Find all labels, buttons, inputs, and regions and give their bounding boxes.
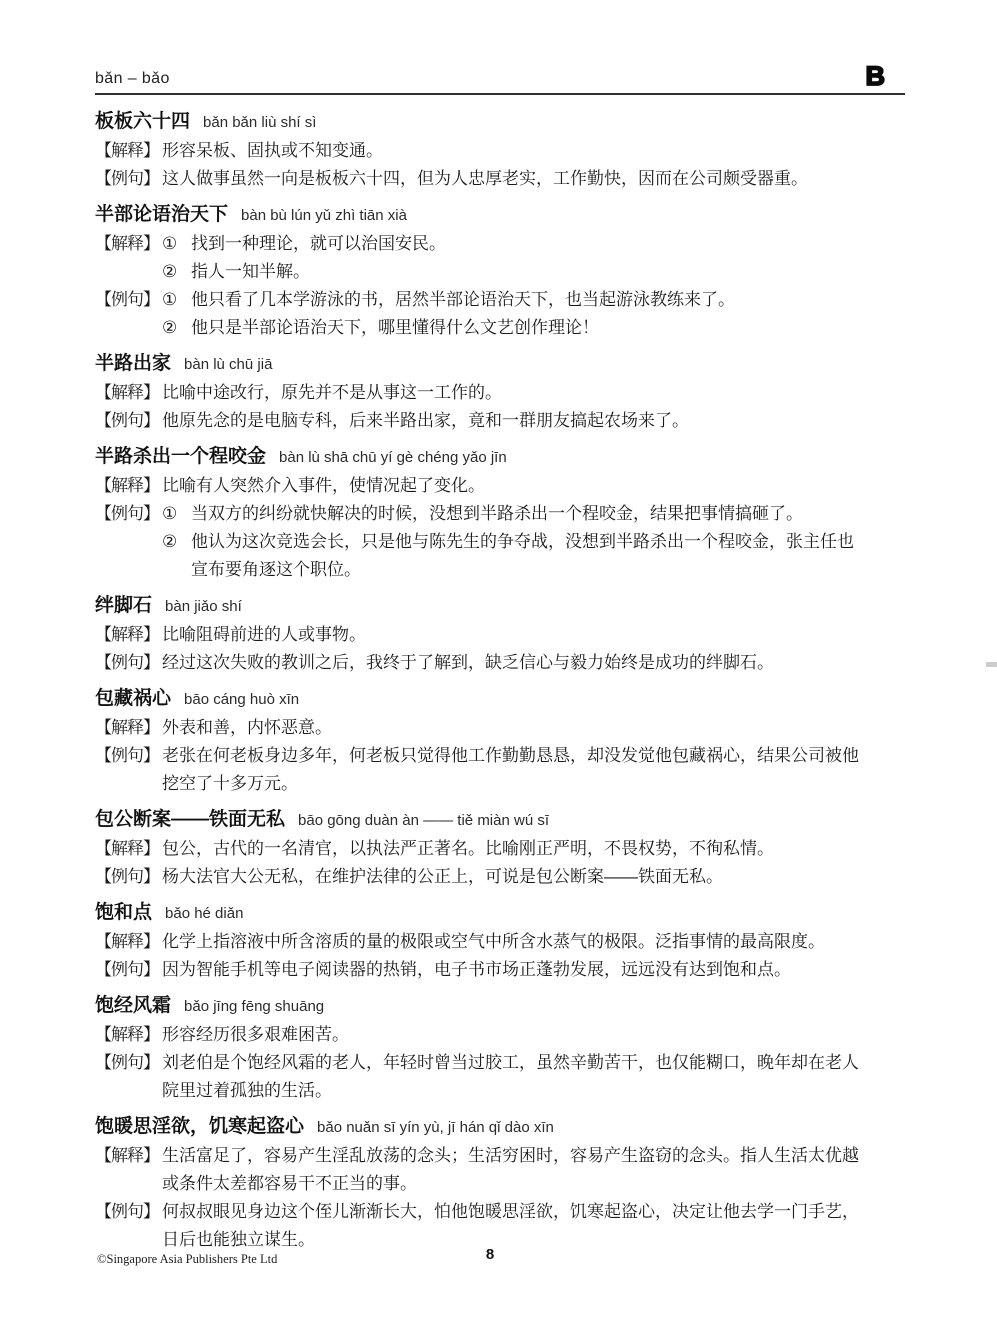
section-items: 老张在何老板身边多年，何老板只觉得他工作勤勤恳恳，却没发觉他包藏祸心，结果公司被… xyxy=(162,742,870,798)
section-label: 【解释】 xyxy=(95,230,159,258)
section-items: 杨大法官大公无私，在维护法律的公正上，可说是包公断案——铁面无私。 xyxy=(162,863,870,891)
item-text: 化学上指溶液中所含溶质的量的极限或空气中所含水蒸气的极限。泛指事情的最高限度。 xyxy=(162,928,870,956)
item-text: 老张在何老板身边多年，何老板只觉得他工作勤勤恳恳，却没发觉他包藏祸心，结果公司被… xyxy=(162,742,870,798)
section-items: 外表和善，内怀恶意。 xyxy=(162,714,870,742)
section-item: 形容经历很多艰难困苦。 xyxy=(162,1021,870,1049)
entry-head: 半路出家bàn lù chū jiā xyxy=(95,350,905,379)
section-item: 经过这次失败的教训之后，我终于了解到，缺乏信心与毅力始终是成功的绊脚石。 xyxy=(162,649,870,677)
item-text: 当双方的纠纷就快解决的时候，没想到半路杀出一个程咬金，结果把事情搞砸了。 xyxy=(191,500,870,528)
section-item: 包公，古代的一名清官，以执法严正著名。比喻刚正严明，不畏权势，不徇私情。 xyxy=(162,835,870,863)
item-number: ① xyxy=(162,286,191,314)
entry-section-row: 【例句】 杨大法官大公无私，在维护法律的公正上，可说是包公断案——铁面无私。 xyxy=(95,863,905,891)
entry-section-row: 【例句】 这人做事虽然一向是板板六十四，但为人忠厚老实，工作勤快，因而在公司颇受… xyxy=(95,165,905,193)
entry-section-row: 【解释】 包公，古代的一名清官，以执法严正著名。比喻刚正严明，不畏权势，不徇私情… xyxy=(95,835,905,863)
section-item: ① 找到一种理论，就可以治国安民。 xyxy=(162,230,870,258)
item-text: 杨大法官大公无私，在维护法律的公正上，可说是包公断案——铁面无私。 xyxy=(162,863,870,891)
section-item: ② 他只是半部论语治天下，哪里懂得什么文艺创作理论！ xyxy=(162,314,870,342)
page-edge-mark xyxy=(986,662,997,667)
item-number: ② xyxy=(162,258,191,286)
entry-head: 饱暖思淫欲，饥寒起盗心bǎo nuǎn sī yín yù, jī hán qǐ… xyxy=(95,1113,905,1142)
entry-headword: 半路杀出一个程咬金 xyxy=(95,446,266,467)
entry-headword: 半路出家 xyxy=(95,353,171,374)
item-text: 指人一知半解。 xyxy=(191,258,870,286)
section-item: 形容呆板、固执或不知变通。 xyxy=(162,137,870,165)
item-text: 经过这次失败的教训之后，我终于了解到，缺乏信心与毅力始终是成功的绊脚石。 xyxy=(162,649,870,677)
section-items: 因为智能手机等电子阅读器的热销，电子书市场正蓬勃发展，远远没有达到饱和点。 xyxy=(162,956,870,984)
item-text: 比喻阻碍前进的人或事物。 xyxy=(162,621,870,649)
entry: 半路出家bàn lù chū jiā 【解释】 比喻中途改行，原先并不是从事这一… xyxy=(95,350,905,435)
item-text: 比喻中途改行，原先并不是从事这一工作的。 xyxy=(162,379,870,407)
item-text: 他只看了几本学游泳的书，居然半部论语治天下，也当起游泳教练来了。 xyxy=(191,286,870,314)
entry: 半部论语治天下bàn bù lún yǔ zhì tiān xià 【解释】 ①… xyxy=(95,201,905,342)
entry-pinyin: bàn jiǎo shí xyxy=(165,598,242,615)
section-label: 【例句】 xyxy=(95,500,159,528)
section-label: 【例句】 xyxy=(95,742,159,770)
entry-headword: 包公断案——铁面无私 xyxy=(95,809,285,830)
section-label: 【解释】 xyxy=(95,835,159,863)
section-item: 生活富足了，容易产生淫乱放荡的念头；生活穷困时，容易产生盗窃的念头。指人生活太优… xyxy=(162,1142,870,1198)
entry-pinyin: bǎo hé diǎn xyxy=(165,905,243,922)
item-text: 找到一种理论，就可以治国安民。 xyxy=(191,230,870,258)
entry: 包藏祸心bāo cáng huò xīn 【解释】 外表和善，内怀恶意。 【例句… xyxy=(95,685,905,798)
section-item: 老张在何老板身边多年，何老板只觉得他工作勤勤恳恳，却没发觉他包藏祸心，结果公司被… xyxy=(162,742,870,798)
entry-head: 饱和点bǎo hé diǎn xyxy=(95,899,905,928)
entry-section-row: 【解释】 ① 找到一种理论，就可以治国安民。 ② 指人一知半解。 xyxy=(95,230,905,286)
section-item: 比喻阻碍前进的人或事物。 xyxy=(162,621,870,649)
entry-pinyin: bǎo nuǎn sī yín yù, jī hán qǐ dào xīn xyxy=(317,1119,554,1136)
entry-pinyin: bàn bù lún yǔ zhì tiān xià xyxy=(241,207,407,224)
entry: 包公断案——铁面无私bāo gōng duàn àn —— tiě miàn w… xyxy=(95,806,905,891)
section-label: 【解释】 xyxy=(95,928,159,956)
guide-words: bǎn – bǎo xyxy=(95,70,170,90)
section-label: 【例句】 xyxy=(95,863,159,891)
section-items: 刘老伯是个饱经风霜的老人，年轻时曾当过胶工，虽然辛勤苦干，也仅能糊口，晚年却在老… xyxy=(162,1049,870,1105)
section-items: 这人做事虽然一向是板板六十四，但为人忠厚老实，工作勤快，因而在公司颇受器重。 xyxy=(162,165,870,193)
section-label: 【解释】 xyxy=(95,714,159,742)
section-item: 化学上指溶液中所含溶质的量的极限或空气中所含水蒸气的极限。泛指事情的最高限度。 xyxy=(162,928,870,956)
entry-pinyin: bǎn bǎn liù shí sì xyxy=(203,114,316,131)
entry-section-row: 【解释】 化学上指溶液中所含溶质的量的极限或空气中所含水蒸气的极限。泛指事情的最… xyxy=(95,928,905,956)
section-items: ① 找到一种理论，就可以治国安民。 ② 指人一知半解。 xyxy=(162,230,870,286)
section-items: ① 当双方的纠纷就快解决的时候，没想到半路杀出一个程咬金，结果把事情搞砸了。 ②… xyxy=(162,500,870,584)
item-text: 形容经历很多艰难困苦。 xyxy=(162,1021,870,1049)
section-label: 【解释】 xyxy=(95,472,159,500)
item-text: 他只是半部论语治天下，哪里懂得什么文艺创作理论！ xyxy=(191,314,870,342)
section-item: 这人做事虽然一向是板板六十四，但为人忠厚老实，工作勤快，因而在公司颇受器重。 xyxy=(162,165,870,193)
page-header: bǎn – bǎo B xyxy=(95,64,905,95)
item-number: ① xyxy=(162,500,191,528)
item-number: ② xyxy=(162,314,191,342)
entry-head: 绊脚石bàn jiǎo shí xyxy=(95,592,905,621)
item-text: 形容呆板、固执或不知变通。 xyxy=(162,137,870,165)
entry-section-row: 【解释】 比喻中途改行，原先并不是从事这一工作的。 xyxy=(95,379,905,407)
page-footer: ©Singapore Asia Publishers Pte Ltd 8 xyxy=(0,1246,997,1276)
entry-pinyin: bàn lù shā chū yí gè chéng yǎo jīn xyxy=(279,449,507,466)
section-item: ② 指人一知半解。 xyxy=(162,258,870,286)
section-items: 包公，古代的一名清官，以执法严正著名。比喻刚正严明，不畏权势，不徇私情。 xyxy=(162,835,870,863)
entry-head: 包公断案——铁面无私bāo gōng duàn àn —— tiě miàn w… xyxy=(95,806,905,835)
section-item: 外表和善，内怀恶意。 xyxy=(162,714,870,742)
section-item: ① 他只看了几本学游泳的书，居然半部论语治天下，也当起游泳教练来了。 xyxy=(162,286,870,314)
entry-head: 半部论语治天下bàn bù lún yǔ zhì tiān xià xyxy=(95,201,905,230)
section-letter-badge: B xyxy=(866,64,886,90)
section-item: 他原先念的是电脑专科，后来半路出家，竟和一群朋友搞起农场来了。 xyxy=(162,407,870,435)
section-items: 生活富足了，容易产生淫乱放荡的念头；生活穷困时，容易产生盗窃的念头。指人生活太优… xyxy=(162,1142,870,1198)
section-item: ① 当双方的纠纷就快解决的时候，没想到半路杀出一个程咬金，结果把事情搞砸了。 xyxy=(162,500,870,528)
item-text: 这人做事虽然一向是板板六十四，但为人忠厚老实，工作勤快，因而在公司颇受器重。 xyxy=(162,165,870,193)
section-label: 【例句】 xyxy=(95,1198,159,1226)
entry-headword: 饱暖思淫欲，饥寒起盗心 xyxy=(95,1116,304,1137)
entries-list: 板板六十四bǎn bǎn liù shí sì 【解释】 形容呆板、固执或不知变… xyxy=(95,108,905,1254)
item-text: 生活富足了，容易产生淫乱放荡的念头；生活穷困时，容易产生盗窃的念头。指人生活太优… xyxy=(162,1142,870,1198)
entry-section-row: 【例句】 经过这次失败的教训之后，我终于了解到，缺乏信心与毅力始终是成功的绊脚石… xyxy=(95,649,905,677)
entry-headword: 半部论语治天下 xyxy=(95,204,228,225)
section-label: 【解释】 xyxy=(95,621,159,649)
section-label: 【例句】 xyxy=(95,1049,159,1077)
entry-section-row: 【解释】 生活富足了，容易产生淫乱放荡的念头；生活穷困时，容易产生盗窃的念头。指… xyxy=(95,1142,905,1198)
entry-section-row: 【解释】 比喻阻碍前进的人或事物。 xyxy=(95,621,905,649)
section-items: 他原先念的是电脑专科，后来半路出家，竟和一群朋友搞起农场来了。 xyxy=(162,407,870,435)
item-text: 外表和善，内怀恶意。 xyxy=(162,714,870,742)
section-label: 【解释】 xyxy=(95,1142,159,1170)
item-number: ② xyxy=(162,528,191,556)
entry: 绊脚石bàn jiǎo shí 【解释】 比喻阻碍前进的人或事物。 【例句】 经… xyxy=(95,592,905,677)
section-items: 比喻阻碍前进的人或事物。 xyxy=(162,621,870,649)
item-text: 他认为这次竞选会长，只是他与陈先生的争夺战，没想到半路杀出一个程咬金，张主任也宣… xyxy=(191,528,870,584)
entry-section-row: 【例句】 ① 当双方的纠纷就快解决的时候，没想到半路杀出一个程咬金，结果把事情搞… xyxy=(95,500,905,584)
section-item: 比喻中途改行，原先并不是从事这一工作的。 xyxy=(162,379,870,407)
entry-headword: 饱经风霜 xyxy=(95,995,171,1016)
entry-headword: 饱和点 xyxy=(95,902,152,923)
section-items: 比喻中途改行，原先并不是从事这一工作的。 xyxy=(162,379,870,407)
section-items: 形容呆板、固执或不知变通。 xyxy=(162,137,870,165)
entry-pinyin: bāo gōng duàn àn —— tiě miàn wú sī xyxy=(298,812,549,829)
item-text: 刘老伯是个饱经风霜的老人，年轻时曾当过胶工，虽然辛勤苦干，也仅能糊口，晚年却在老… xyxy=(162,1049,870,1105)
item-text: 他原先念的是电脑专科，后来半路出家，竟和一群朋友搞起农场来了。 xyxy=(162,407,870,435)
section-items: 比喻有人突然介入事件，使情况起了变化。 xyxy=(162,472,870,500)
entry: 饱经风霜bǎo jīng fēng shuāng 【解释】 形容经历很多艰难困苦… xyxy=(95,992,905,1105)
section-label: 【例句】 xyxy=(95,407,159,435)
section-label: 【例句】 xyxy=(95,956,159,984)
section-label: 【解释】 xyxy=(95,137,159,165)
section-item: 因为智能手机等电子阅读器的热销，电子书市场正蓬勃发展，远远没有达到饱和点。 xyxy=(162,956,870,984)
section-items: 经过这次失败的教训之后，我终于了解到，缺乏信心与毅力始终是成功的绊脚石。 xyxy=(162,649,870,677)
entry-section-row: 【解释】 形容呆板、固执或不知变通。 xyxy=(95,137,905,165)
entry: 半路杀出一个程咬金bàn lù shā chū yí gè chéng yǎo … xyxy=(95,443,905,584)
entry-head: 包藏祸心bāo cáng huò xīn xyxy=(95,685,905,714)
section-items: 化学上指溶液中所含溶质的量的极限或空气中所含水蒸气的极限。泛指事情的最高限度。 xyxy=(162,928,870,956)
section-item: 杨大法官大公无私，在维护法律的公正上，可说是包公断案——铁面无私。 xyxy=(162,863,870,891)
item-text: 比喻有人突然介入事件，使情况起了变化。 xyxy=(162,472,870,500)
section-items: ① 他只看了几本学游泳的书，居然半部论语治天下，也当起游泳教练来了。 ② 他只是… xyxy=(162,286,870,342)
entry-pinyin: bāo cáng huò xīn xyxy=(184,691,299,708)
entry: 饱和点bǎo hé diǎn 【解释】 化学上指溶液中所含溶质的量的极限或空气中… xyxy=(95,899,905,984)
section-item: 刘老伯是个饱经风霜的老人，年轻时曾当过胶工，虽然辛勤苦干，也仅能糊口，晚年却在老… xyxy=(162,1049,870,1105)
section-label: 【解释】 xyxy=(95,1021,159,1049)
entry-section-row: 【例句】 刘老伯是个饱经风霜的老人，年轻时曾当过胶工，虽然辛勤苦干，也仅能糊口，… xyxy=(95,1049,905,1105)
entry: 板板六十四bǎn bǎn liù shí sì 【解释】 形容呆板、固执或不知变… xyxy=(95,108,905,193)
item-text: 包公，古代的一名清官，以执法严正著名。比喻刚正严明，不畏权势，不徇私情。 xyxy=(162,835,870,863)
entry-section-row: 【例句】 老张在何老板身边多年，何老板只觉得他工作勤勤恳恳，却没发觉他包藏祸心，… xyxy=(95,742,905,798)
entry-pinyin: bǎo jīng fēng shuāng xyxy=(184,998,324,1015)
entry-headword: 绊脚石 xyxy=(95,595,152,616)
entry-section-row: 【解释】 外表和善，内怀恶意。 xyxy=(95,714,905,742)
entry: 饱暖思淫欲，饥寒起盗心bǎo nuǎn sī yín yù, jī hán qǐ… xyxy=(95,1113,905,1254)
section-label: 【例句】 xyxy=(95,286,159,314)
entry-section-row: 【例句】 他原先念的是电脑专科，后来半路出家，竟和一群朋友搞起农场来了。 xyxy=(95,407,905,435)
entry-headword: 板板六十四 xyxy=(95,111,190,132)
entry-pinyin: bàn lù chū jiā xyxy=(184,356,272,373)
entry-head: 板板六十四bǎn bǎn liù shí sì xyxy=(95,108,905,137)
entry-head: 半路杀出一个程咬金bàn lù shā chū yí gè chéng yǎo … xyxy=(95,443,905,472)
entry-section-row: 【例句】 因为智能手机等电子阅读器的热销，电子书市场正蓬勃发展，远远没有达到饱和… xyxy=(95,956,905,984)
item-text: 因为智能手机等电子阅读器的热销，电子书市场正蓬勃发展，远远没有达到饱和点。 xyxy=(162,956,870,984)
section-item: ② 他认为这次竞选会长，只是他与陈先生的争夺战，没想到半路杀出一个程咬金，张主任… xyxy=(162,528,870,584)
section-items: 形容经历很多艰难困苦。 xyxy=(162,1021,870,1049)
page-container: bǎn – bǎo B 板板六十四bǎn bǎn liù shí sì 【解释】… xyxy=(0,0,997,1254)
entry-section-row: 【解释】 比喻有人突然介入事件，使情况起了变化。 xyxy=(95,472,905,500)
section-label: 【例句】 xyxy=(95,649,159,677)
entry-section-row: 【解释】 形容经历很多艰难困苦。 xyxy=(95,1021,905,1049)
entry-headword: 包藏祸心 xyxy=(95,688,171,709)
entry-section-row: 【例句】 ① 他只看了几本学游泳的书，居然半部论语治天下，也当起游泳教练来了。 … xyxy=(95,286,905,342)
section-label: 【例句】 xyxy=(95,165,159,193)
section-item: 比喻有人突然介入事件，使情况起了变化。 xyxy=(162,472,870,500)
item-number: ① xyxy=(162,230,191,258)
entry-head: 饱经风霜bǎo jīng fēng shuāng xyxy=(95,992,905,1021)
section-label: 【解释】 xyxy=(95,379,159,407)
page-number: 8 xyxy=(0,1246,980,1263)
